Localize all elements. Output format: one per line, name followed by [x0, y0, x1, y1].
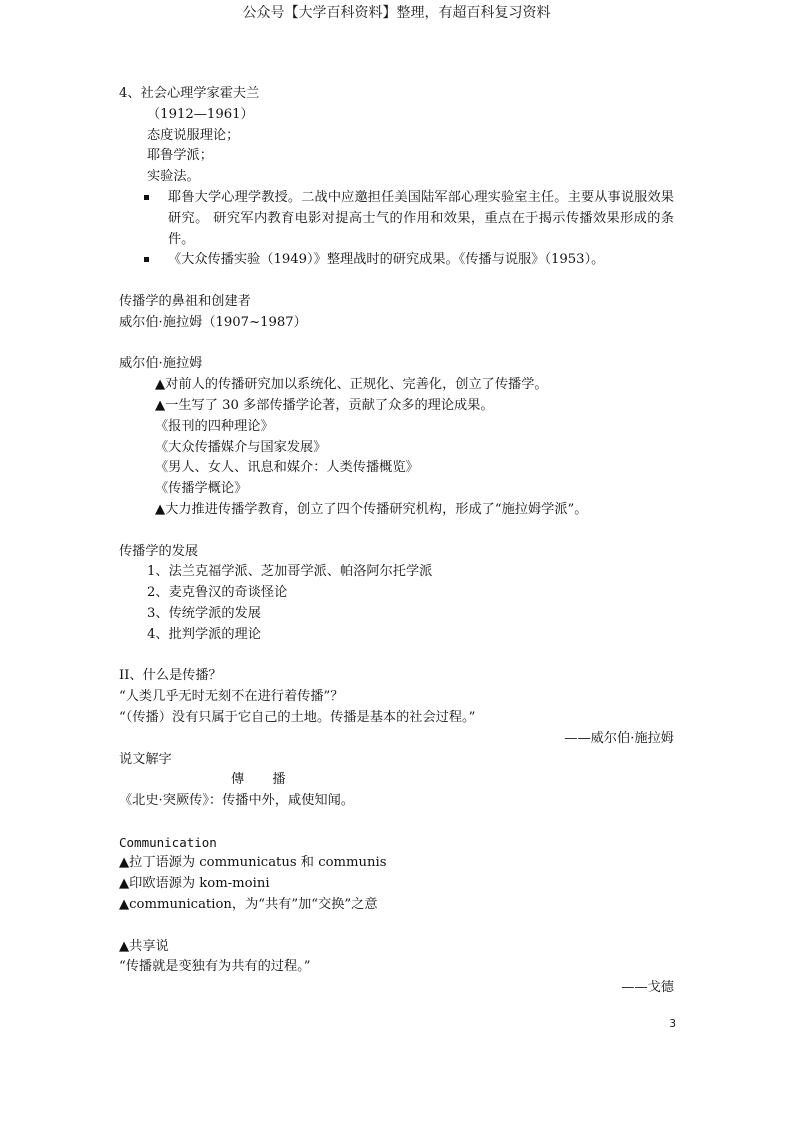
development-item: 1、法兰克福学派、芝加哥学派、帕洛阿尔托学派: [119, 562, 674, 583]
sharing-quote: “传播就是变独有为共有的过程。”: [119, 957, 674, 978]
hovland-bullet: 耶鲁大学心理学教授。二战中应邀担任美国陆军部心理实验室主任。主要从事说服效果研究…: [119, 188, 674, 250]
shuowen-title: 说文解字: [119, 750, 674, 771]
sharing-attribution: ——戈德: [119, 978, 674, 999]
development-item: 4、批判学派的理论: [119, 625, 674, 646]
bullet-text: 《大众传播实验（1949）》整理战时的研究成果。《传播与说服》（1953）。: [168, 252, 604, 267]
beishi-quote: 《北史·突厥传》：传播中外，咸使知闻。: [119, 791, 674, 812]
founder-name-years: 威尔伯·施拉姆（1907~1987）: [119, 313, 674, 334]
hovland-title: 4、社会心理学家霍夫兰: [119, 84, 674, 105]
bullet-text: 耶鲁大学心理学教授。二战中应邀担任美国陆军部心理实验室主任。主要从事说服效果研究…: [168, 190, 674, 247]
what-quote: “人类几乎无时无刻不在进行着传播”？: [119, 687, 674, 708]
schramm-point: ▲大力推进传播学教育，创立了四个传播研究机构，形成了“施拉姆学派”。: [119, 500, 674, 521]
communication-point: ▲印欧语源为 kom-moini: [119, 874, 674, 895]
spacer: [119, 334, 674, 355]
schramm-book: 《报刊的四种理论》: [119, 417, 674, 438]
development-item: 2、麦克鲁汉的奇谈怪论: [119, 583, 674, 604]
founder-title: 传播学的鼻祖和创建者: [119, 292, 674, 313]
spacer: [119, 271, 674, 292]
what-quote: “（传播）没有只属于它自己的土地。传播是基本的社会过程。”: [119, 708, 674, 729]
schramm-point: ▲对前人的传播研究加以系统化、正规化、完善化，创立了传播学。: [119, 375, 674, 396]
communication-point: ▲communication，为“共有”加“交换”之意: [119, 895, 674, 916]
what-title: II、什么是传播？: [119, 666, 674, 687]
document-body: 4、社会心理学家霍夫兰 （1912—1961） 态度说服理论； 耶鲁学派； 实验…: [119, 84, 674, 999]
communication-title: Communication: [119, 833, 674, 854]
sharing-title: ▲共享说: [119, 937, 674, 958]
spacer: [119, 812, 674, 833]
schramm-book: 《大众传播媒介与国家发展》: [119, 438, 674, 459]
spacer: [119, 646, 674, 667]
hovland-item: 耶鲁学派；: [119, 146, 674, 167]
page-header: 公众号【大学百科资料】整理，有超百科复习资料: [0, 4, 793, 22]
hovland-item: 态度说服理论；: [119, 126, 674, 147]
shuowen-chars: 傳 播: [119, 770, 674, 791]
schramm-point: ▲一生写了 30 多部传播学论著，贡献了众多的理论成果。: [119, 396, 674, 417]
spacer: [119, 916, 674, 937]
page-number: 3: [664, 1018, 676, 1030]
square-bullet-icon: [144, 195, 149, 200]
development-item: 3、传统学派的发展: [119, 604, 674, 625]
hovland-years: （1912—1961）: [119, 105, 674, 126]
square-bullet-icon: [144, 257, 149, 262]
what-attribution: ——威尔伯·施拉姆: [119, 729, 674, 750]
schramm-book: 《传播学概论》: [119, 479, 674, 500]
schramm-book: 《男人、女人、讯息和媒介：人类传播概览》: [119, 458, 674, 479]
spacer: [119, 521, 674, 542]
hovland-bullet: 《大众传播实验（1949）》整理战时的研究成果。《传播与说服》（1953）。: [119, 250, 674, 271]
hovland-item: 实验法。: [119, 167, 674, 188]
development-title: 传播学的发展: [119, 542, 674, 563]
communication-point: ▲拉丁语源为 communicatus 和 communis: [119, 853, 674, 874]
schramm-title: 威尔伯·施拉姆: [119, 354, 674, 375]
